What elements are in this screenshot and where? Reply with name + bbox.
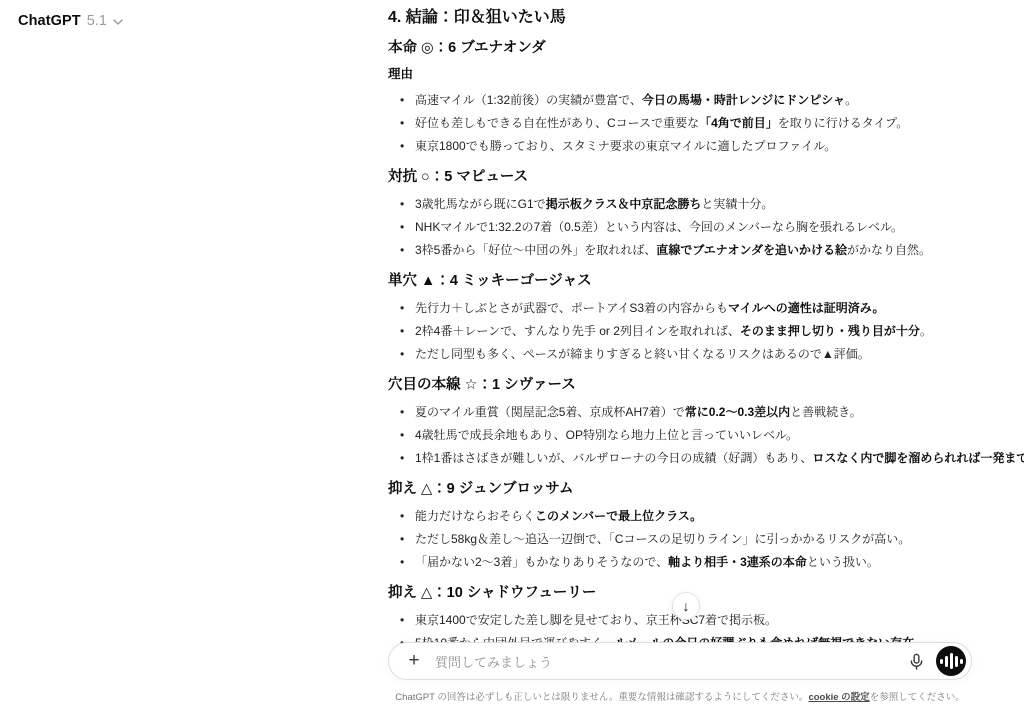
brand-logo: ChatGPT: [18, 13, 81, 29]
message-section: 対抗 ○：5 マピュース3歳牝馬ながら既にG1で掲示板クラス＆中京記念勝ちと実績…: [388, 168, 972, 262]
bullet-item: 能力だけならおそらくこのメンバーで最上位クラス。: [415, 505, 972, 528]
chatgpt-page: ChatGPT 5.1 4. 結論：印＆狙いたい馬 本命 ◎：6 ブエナオンダ理…: [0, 0, 1024, 708]
section-heading: 抑え △：9 ジュンブロッサム: [388, 480, 972, 498]
assistant-message: 4. 結論：印＆狙いたい馬 本命 ◎：6 ブエナオンダ理由高速マイル（1:32前…: [388, 0, 972, 655]
bullet-item: ただし同型も多く、ペースが締まりすぎると終い甘くなるリスクはあるので▲評価。: [415, 343, 972, 366]
voice-waveform-icon: [940, 653, 963, 669]
message-section: 単穴 ▲：4 ミッキーゴージャス先行力＋しぶとさが武器で、ポートアイS3着の内容…: [388, 272, 972, 366]
section-heading: 対抗 ○：5 マピュース: [388, 168, 972, 186]
bullet-item: 先行力＋しぶとさが武器で、ポートアイS3着の内容からもマイルへの適性は証明済み。: [415, 297, 972, 320]
bullet-item: 4歳牡馬で成長余地もあり、OP特別なら地力上位と言っていいレベル。: [415, 424, 972, 447]
message-section: 穴目の本線 ☆：1 シヴァース夏のマイル重賞（関屋記念5着、京成杯AH7着）で常…: [388, 376, 972, 470]
microphone-icon: [907, 652, 926, 671]
bullet-list: 高速マイル（1:32前後）の実績が豊富で、今日の馬場・時計レンジにドンピシャ。好…: [388, 89, 972, 158]
bullet-item: 夏のマイル重賞（関屋記念5着、京成杯AH7着）で常に0.2〜0.3差以内と善戦続…: [415, 401, 972, 424]
section-heading: 穴目の本線 ☆：1 シヴァース: [388, 376, 972, 394]
cookie-settings-link[interactable]: cookie の設定: [808, 692, 869, 703]
message-sections: 本命 ◎：6 ブエナオンダ理由高速マイル（1:32前後）の実績が豊富で、今日の馬…: [388, 39, 972, 655]
message-section: 本命 ◎：6 ブエナオンダ理由高速マイル（1:32前後）の実績が豊富で、今日の馬…: [388, 39, 972, 158]
section-heading: 本命 ◎：6 ブエナオンダ: [388, 39, 972, 57]
message-composer[interactable]: + 質問してみましょう: [388, 642, 972, 680]
bullet-list: 3歳牝馬ながら既にG1で掲示板クラス＆中京記念勝ちと実績十分。NHKマイルで1:…: [388, 193, 972, 262]
section-heading: 単穴 ▲：4 ミッキーゴージャス: [388, 272, 972, 290]
bullet-item: NHKマイルで1:32.2の7着（0.5差）という内容は、今回のメンバーなら胸を…: [415, 216, 972, 239]
message-input[interactable]: 質問してみましょう: [435, 652, 902, 671]
bullet-item: 2枠4番＋レーンで、すんなり先手 or 2列目インを取れれば、そのまま押し切り・…: [415, 320, 972, 343]
bullet-list: 夏のマイル重賞（関屋記念5着、京成杯AH7着）で常に0.2〜0.3差以内と善戦続…: [388, 401, 972, 470]
bullet-item: ただし58kg＆差し〜追込一辺倒で、「Cコースの足切りライン」に引っかかるリスク…: [415, 528, 972, 551]
bullet-list: 能力だけならおそらくこのメンバーで最上位クラス。ただし58kg＆差し〜追込一辺倒…: [388, 505, 972, 574]
disclaimer-text-end: を参照してください。: [870, 692, 965, 703]
bullet-item: 「届かない2〜3着」もかなりありそうなので、軸より相手・3連系の本命という扱い。: [415, 551, 972, 574]
disclaimer: ChatGPT の回答は必ずしも正しいとは限りません。重要な情報は確認するように…: [388, 689, 972, 703]
arrow-down-icon: ↓: [683, 598, 690, 614]
model-switcher[interactable]: ChatGPT 5.1: [18, 13, 123, 29]
message-title: 4. 結論：印＆狙いたい馬: [388, 7, 972, 29]
bullet-item: 3歳牝馬ながら既にG1で掲示板クラス＆中京記念勝ちと実績十分。: [415, 193, 972, 216]
bullet-item: 東京1800でも勝っており、スタミナ要求の東京マイルに適したプロファイル。: [415, 135, 972, 158]
bullet-item: 好位も差しもできる自在性があり、Cコースで重要な「4角で前目」を取りに行けるタイ…: [415, 112, 972, 135]
message-section: 抑え △：9 ジュンブロッサム能力だけならおそらくこのメンバーで最上位クラス。た…: [388, 480, 972, 574]
dictation-button[interactable]: [902, 647, 930, 675]
attach-plus-button[interactable]: +: [403, 650, 425, 672]
disclaimer-text: ChatGPT の回答は必ずしも正しいとは限りません。重要な情報は確認するように…: [395, 692, 808, 703]
chevron-down-icon: [113, 19, 123, 25]
section-subheading: 理由: [388, 67, 972, 82]
model-version: 5.1: [87, 13, 107, 29]
voice-mode-button[interactable]: [936, 646, 966, 676]
bullet-item: 高速マイル（1:32前後）の実績が豊富で、今日の馬場・時計レンジにドンピシャ。: [415, 89, 972, 112]
bullet-item: 1枠1番はさばきが難しいが、バルザローナの今日の成績（好調）もあり、ロスなく内で…: [415, 447, 972, 470]
bullet-list: 先行力＋しぶとさが武器で、ポートアイS3着の内容からもマイルへの適性は証明済み。…: [388, 297, 972, 366]
scroll-to-bottom-button[interactable]: ↓: [672, 592, 700, 620]
bullet-item: 3枠5番から「好位〜中団の外」を取れれば、直線でブエナオンダを追いかける絵がかな…: [415, 239, 972, 262]
